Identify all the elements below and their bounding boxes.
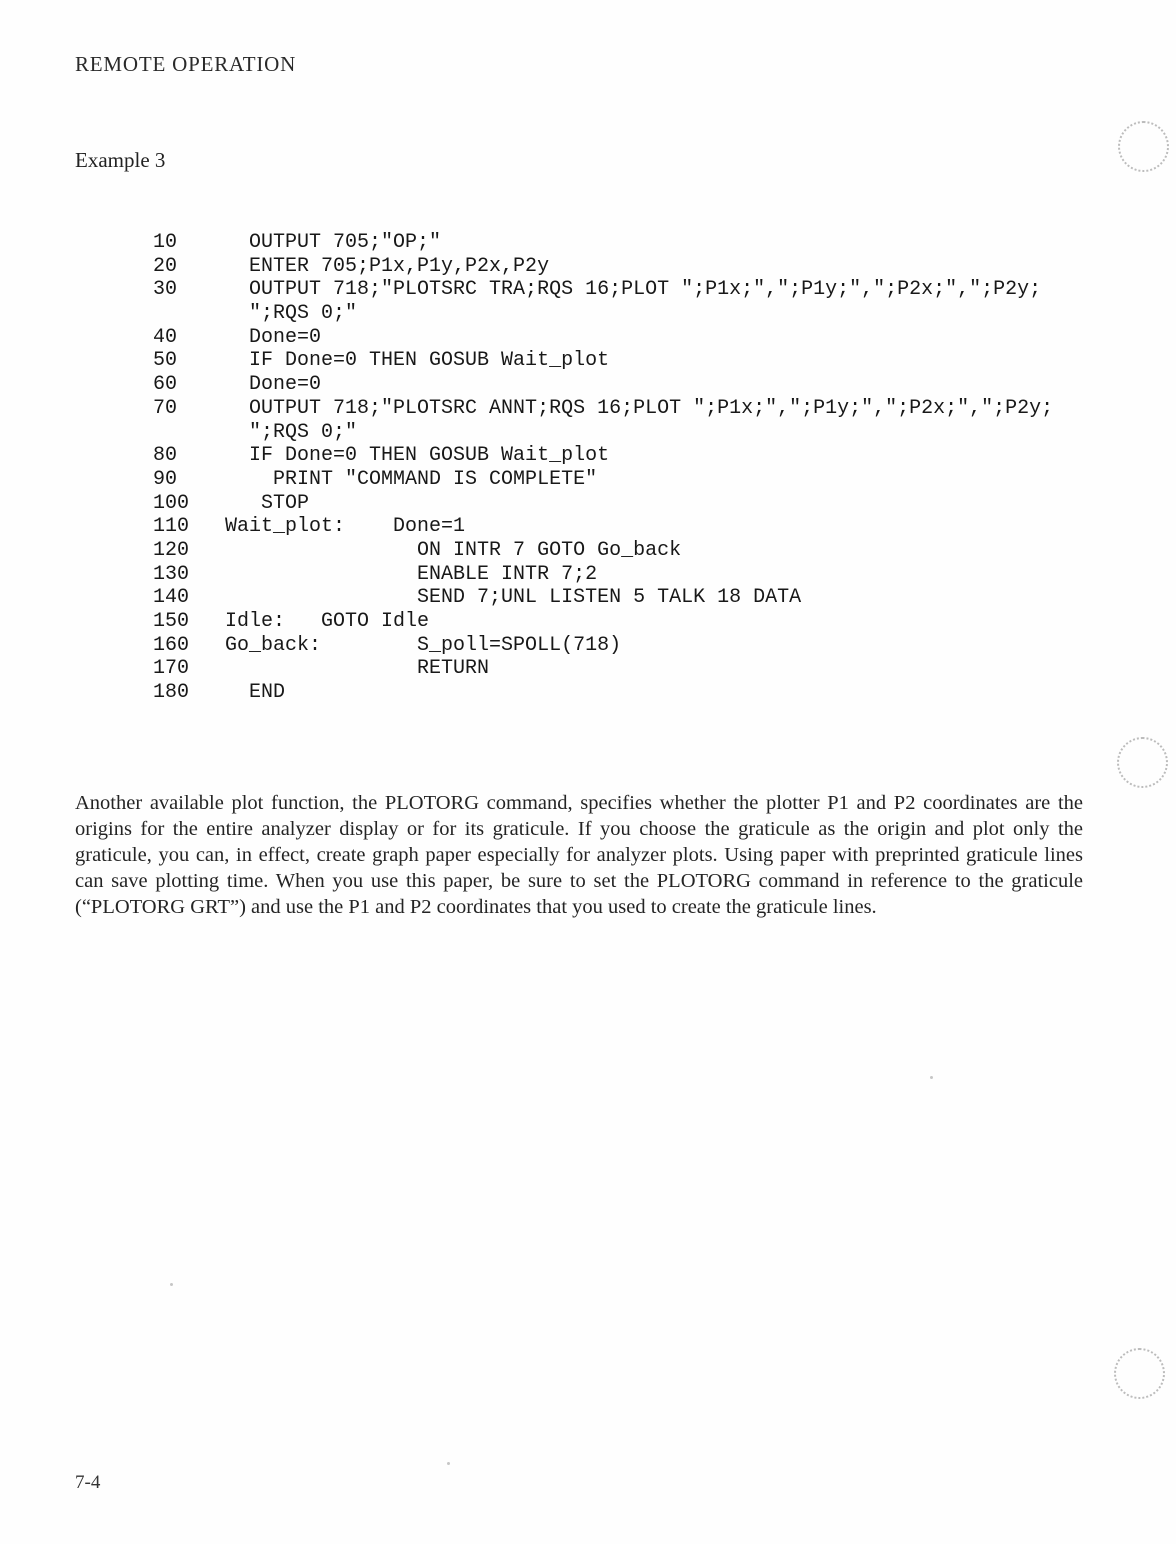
code-line-130: 130 ENABLE INTR 7;2: [153, 563, 1053, 587]
code-line-60: 60 Done=0: [153, 373, 1053, 397]
code-line-140: 140 SEND 7;UNL LISTEN 5 TALK 18 DATA: [153, 586, 1053, 610]
running-header: REMOTE OPERATION: [75, 52, 296, 77]
code-line-180: 180 END: [153, 681, 1053, 705]
punch-hole-icon: [1117, 737, 1168, 788]
document-page: REMOTE OPERATION Example 3 10 OUTPUT 705…: [0, 0, 1176, 1544]
code-line-120: 120 ON INTR 7 GOTO Go_back: [153, 539, 1053, 563]
code-line-70: 70 OUTPUT 718;"PLOTSRC ANNT;RQS 16;PLOT …: [153, 397, 1053, 421]
code-line-70-continuation: ";RQS 0;": [153, 421, 1053, 445]
code-listing: 10 OUTPUT 705;"OP;" 20 ENTER 705;P1x,P1y…: [153, 231, 1053, 705]
body-paragraph: Another available plot function, the PLO…: [75, 790, 1083, 920]
code-line-30-continuation: ";RQS 0;": [153, 302, 1053, 326]
code-line-100: 100 STOP: [153, 492, 1053, 516]
code-line-30: 30 OUTPUT 718;"PLOTSRC TRA;RQS 16;PLOT "…: [153, 278, 1053, 302]
code-line-110: 110 Wait_plot: Done=1: [153, 515, 1053, 539]
code-line-90: 90 PRINT "COMMAND IS COMPLETE": [153, 468, 1053, 492]
code-line-170: 170 RETURN: [153, 657, 1053, 681]
code-line-40: 40 Done=0: [153, 326, 1053, 350]
code-line-10: 10 OUTPUT 705;"OP;": [153, 231, 1053, 255]
scan-speck: [447, 1462, 450, 1465]
scan-speck: [170, 1283, 173, 1286]
code-line-150: 150 Idle: GOTO Idle: [153, 610, 1053, 634]
code-line-50: 50 IF Done=0 THEN GOSUB Wait_plot: [153, 349, 1053, 373]
code-line-20: 20 ENTER 705;P1x,P1y,P2x,P2y: [153, 255, 1053, 279]
code-line-80: 80 IF Done=0 THEN GOSUB Wait_plot: [153, 444, 1053, 468]
punch-hole-icon: [1114, 1348, 1165, 1399]
punch-hole-icon: [1118, 121, 1169, 172]
page-number: 7-4: [75, 1472, 100, 1494]
code-line-160: 160 Go_back: S_poll=SPOLL(718): [153, 634, 1053, 658]
example-title: Example 3: [75, 148, 165, 173]
scan-speck: [930, 1076, 933, 1079]
